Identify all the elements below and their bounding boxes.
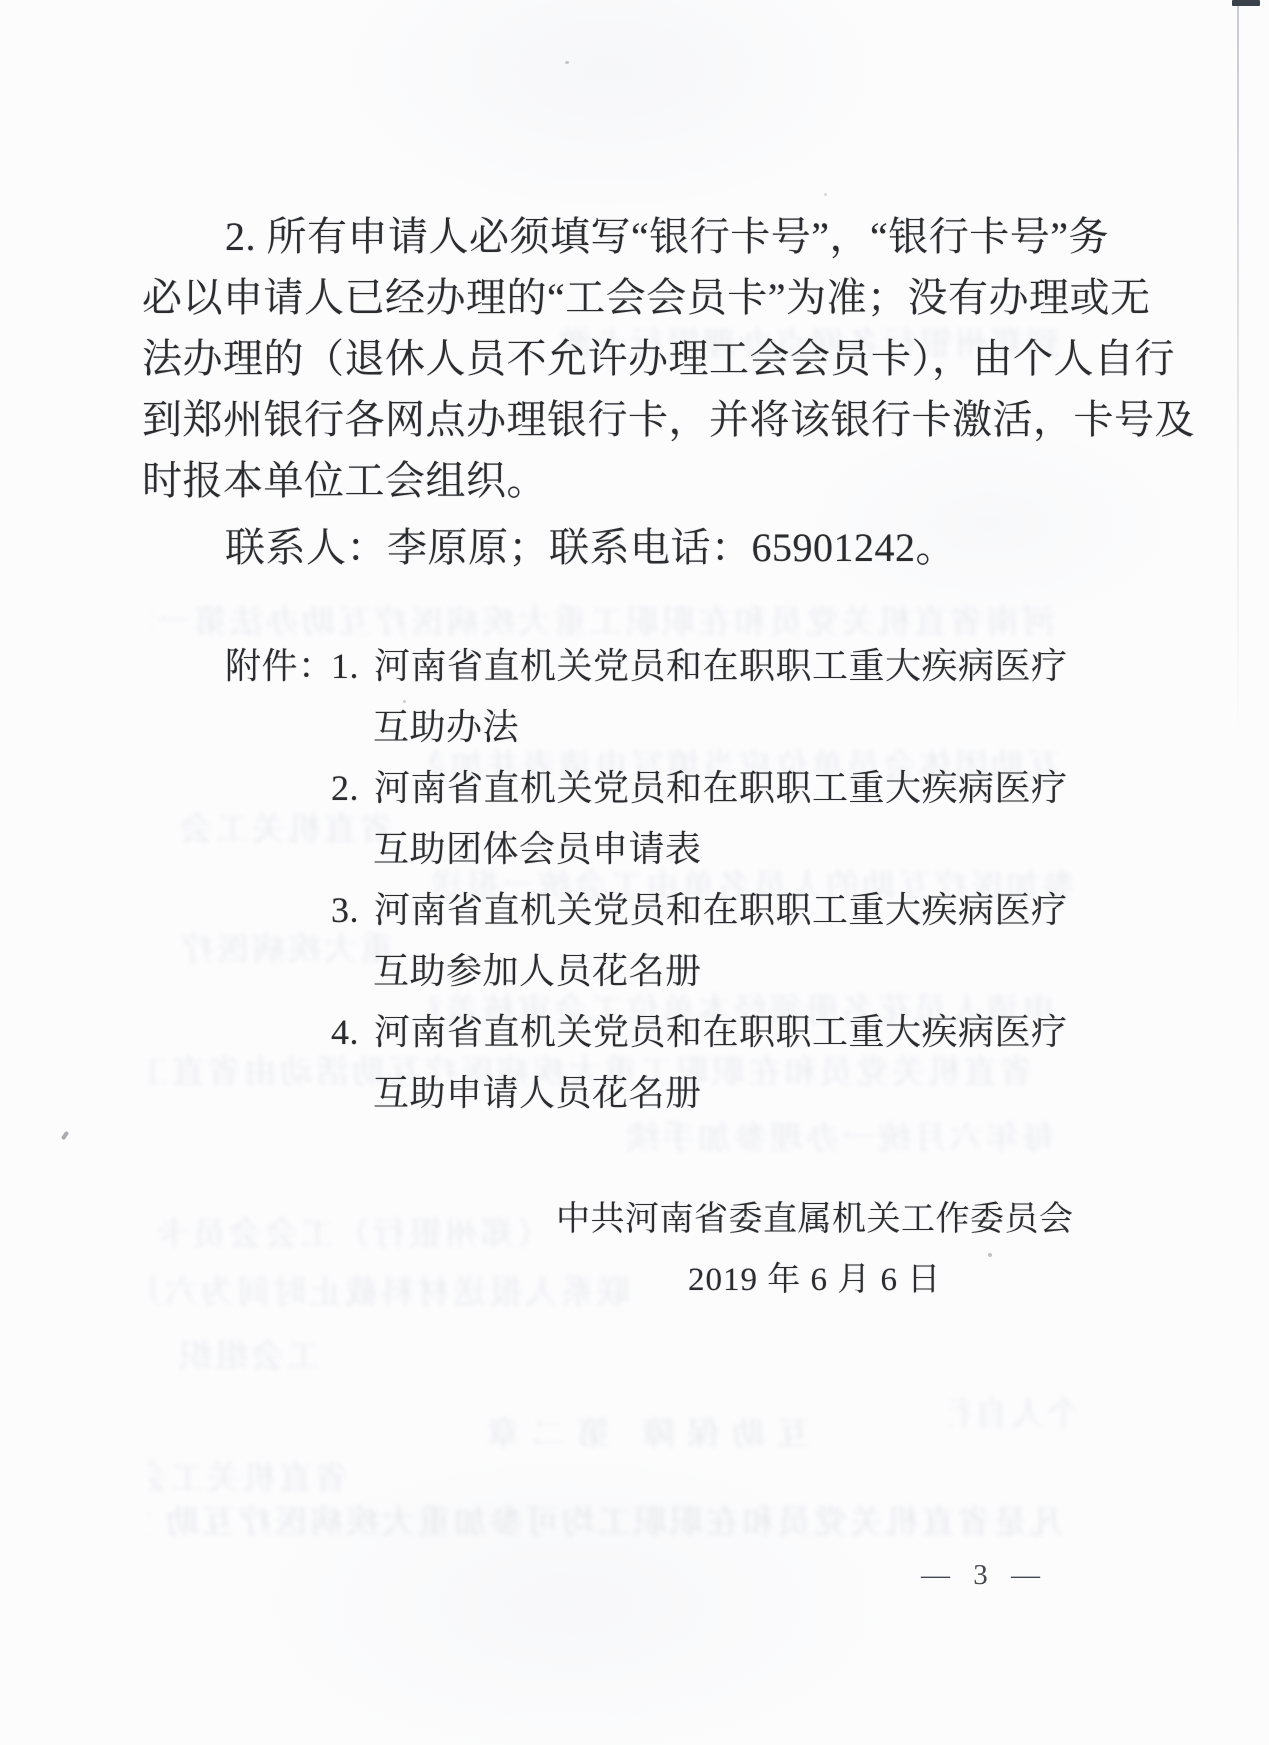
scan-speck bbox=[403, 700, 406, 703]
bleedthrough-artifact: 工会组织 bbox=[150, 1330, 320, 1372]
bleedthrough-artifact: 省直机关工会 bbox=[148, 1452, 348, 1494]
bleedthrough-artifact: 互助保障 第二章 bbox=[450, 1408, 810, 1450]
attachment-item-3-line1: 3.河南省直机关党员和在职职工重大疾病医疗 bbox=[331, 890, 1068, 931]
scan-edge-line bbox=[1237, 0, 1239, 740]
attachment-item-title: 河南省直机关党员和在职职工重大疾病医疗 bbox=[374, 646, 1068, 686]
attachment-item-2-line1: 2.河南省直机关党员和在职职工重大疾病医疗 bbox=[331, 768, 1068, 809]
scan-speck bbox=[61, 1131, 69, 1141]
body-text-line: 到郑州银行各网点办理银行卡，并将该银行卡激活，卡号及 bbox=[142, 389, 1072, 450]
bleedthrough-artifact: 每年六月统一办理参加手续 bbox=[620, 1112, 1055, 1154]
bleedthrough-artifact: 个人自行 bbox=[950, 1388, 1080, 1430]
attachment-item-3-line2: 互助参加人员花名册 bbox=[373, 951, 702, 992]
contact-line: 联系人：李原原；联系电话：65901242。 bbox=[142, 524, 956, 572]
body-text-line: 法办理的（退休人员不允许办理工会会员卡），由个人自行 bbox=[142, 328, 1072, 389]
scanned-document-page: 到郑州银行各网点办理银行卡激活 河南省直机关党员和在职职工重大疾病医疗互助办法第… bbox=[0, 0, 1269, 1745]
attachment-item-number: 3. bbox=[331, 890, 374, 931]
attachment-item-4-line2: 互助申请人员花名册 bbox=[373, 1073, 702, 1114]
attachment-item-title: 河南省直机关党员和在职职工重大疾病医疗 bbox=[374, 890, 1068, 930]
attachment-item-2-line2: 互助团体会员申请表 bbox=[373, 829, 702, 870]
bleedthrough-artifact: 联系人报送材料截止时间为六月底 bbox=[150, 1266, 630, 1308]
scan-speck bbox=[565, 61, 569, 64]
body-text-line: 2. 所有申请人必须填写“银行卡号”，“银行卡号”务 bbox=[142, 206, 1072, 267]
signature-line: 中共河南省委直属机关工作委员会 bbox=[556, 1200, 1074, 1241]
attachment-item-1-line1: 1.河南省直机关党员和在职职工重大疾病医疗 bbox=[331, 646, 1068, 687]
attachment-item-number: 1. bbox=[331, 646, 374, 687]
scan-corner-mark bbox=[1232, 0, 1260, 6]
attachment-item-number: 4. bbox=[331, 1012, 374, 1053]
page-number: — 3 — bbox=[921, 1559, 1041, 1592]
body-text-line: 必以申请人已经办理的“工会会员卡”为准；没有办理或无 bbox=[142, 267, 1072, 328]
bleedthrough-artifact: 凡是省直机关党员和在职职工均可参加重大疾病医疗互助 第四章 bbox=[148, 1496, 1063, 1538]
bleedthrough-artifact: 河南省直机关党员和在职职工重大疾病医疗互助办法第一章总则 bbox=[150, 596, 1055, 638]
attachment-item-4-line1: 4.河南省直机关党员和在职职工重大疾病医疗 bbox=[331, 1012, 1068, 1053]
date-line: 2019 年 6 月 6 日 bbox=[688, 1261, 941, 1301]
body-text-line: 时报本单位工会组织。 bbox=[142, 450, 1072, 511]
attachment-item-title: 河南省直机关党员和在职职工重大疾病医疗 bbox=[374, 768, 1068, 808]
bleedthrough-artifact: （郑州银行）工会会员卡 bbox=[150, 1208, 550, 1250]
attachments-label: 附件： bbox=[225, 646, 335, 687]
scan-speck bbox=[824, 193, 827, 196]
attachment-item-1-line2: 互助办法 bbox=[373, 707, 519, 748]
scan-speck bbox=[988, 1253, 992, 1257]
body-paragraph: 2. 所有申请人必须填写“银行卡号”，“银行卡号”务 必以申请人已经办理的“工会… bbox=[142, 206, 1072, 511]
attachment-item-number: 2. bbox=[331, 768, 374, 809]
attachment-item-title: 河南省直机关党员和在职职工重大疾病医疗 bbox=[374, 1012, 1068, 1052]
